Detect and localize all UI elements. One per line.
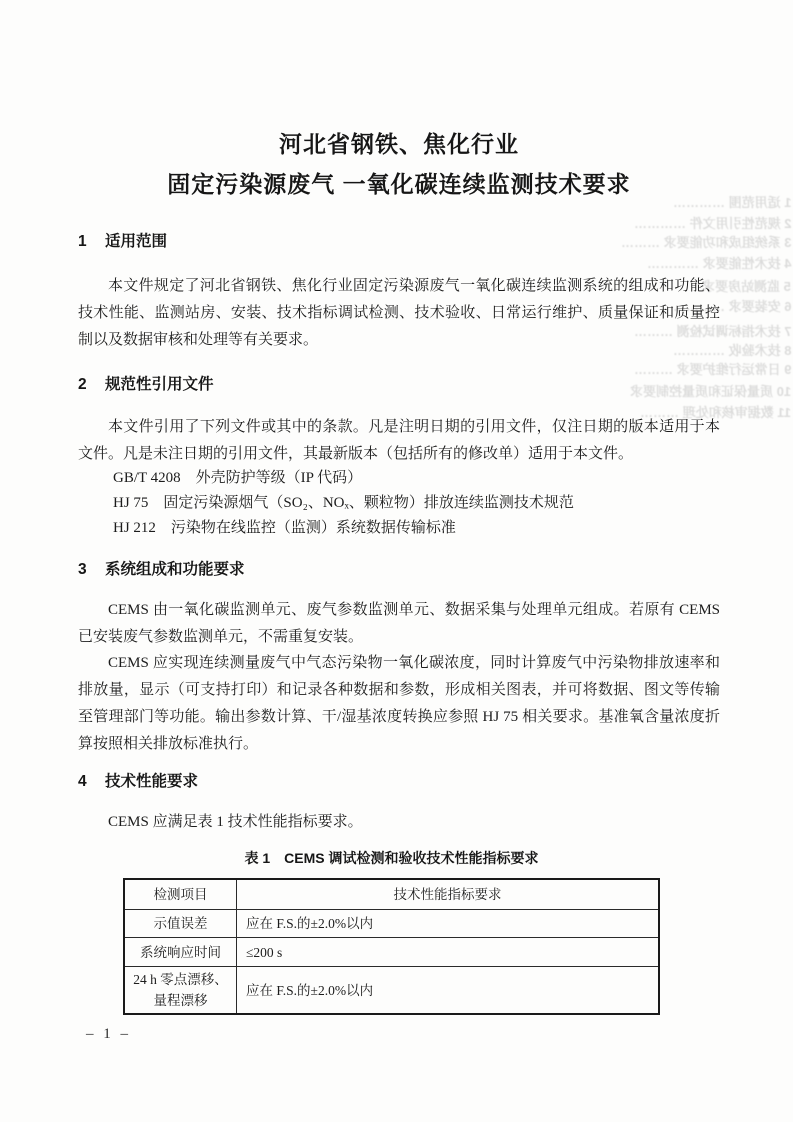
table-row: 24 h 零点漂移、量程漂移 应在 F.S.的±2.0%以内 bbox=[124, 967, 659, 1015]
table-header-row: 检测项目 技术性能指标要求 bbox=[124, 879, 659, 910]
bleedthrough-line: 4 技术性能要求 ………… bbox=[647, 253, 791, 272]
table-1: 检测项目 技术性能指标要求 示值误差 应在 F.S.的±2.0%以内 系统响应时… bbox=[123, 878, 660, 1015]
section-4-heading: 4技术性能要求 bbox=[78, 769, 720, 791]
table-cell-requirement: 应在 F.S.的±2.0%以内 bbox=[237, 910, 660, 938]
section-3-title: 系统组成和功能要求 bbox=[105, 561, 245, 578]
table-1-caption: 表 1 CEMS 调试检测和验收技术性能指标要求 bbox=[123, 848, 660, 868]
page-number: – 1 – bbox=[86, 1026, 131, 1043]
table-header-item: 检测项目 bbox=[124, 879, 237, 910]
reference-list: GB/T 4208 外壳防护等级（IP 代码） HJ 75 固定污染源烟气（SO… bbox=[78, 466, 720, 541]
section-2-number: 2 bbox=[78, 376, 105, 394]
document-title-line2: 固定污染源废气 一氧化碳连续监测技术要求 bbox=[78, 166, 720, 199]
section-1-title: 适用范围 bbox=[105, 233, 167, 250]
section-1-paragraph: 本文件规定了河北省钢铁、焦化行业固定污染源废气一氧化碳连续监测系统的组成和功能、… bbox=[78, 273, 720, 354]
reference-item: HJ 75 固定污染源烟气（SO₂、NOₓ、颗粒物）排放连续监测技术规范 bbox=[78, 491, 720, 516]
section-3-number: 3 bbox=[78, 561, 105, 579]
reference-item: HJ 212 污染物在线监控（监测）系统数据传输标准 bbox=[78, 516, 720, 541]
section-1-heading: 1适用范围 bbox=[78, 229, 720, 251]
section-2-heading: 2规范性引用文件 bbox=[78, 372, 720, 394]
section-1-number: 1 bbox=[78, 233, 105, 251]
table-row: 系统响应时间 ≤200 s bbox=[124, 938, 659, 967]
table-cell-item: 示值误差 bbox=[124, 910, 237, 938]
table-header-requirement: 技术性能指标要求 bbox=[237, 879, 660, 910]
document-page: 1 适用范围 ………… 2 规范性引用文件 ………… 3 系统组成和功能要求 …… bbox=[0, 0, 793, 1122]
document-title-line1: 河北省钢铁、焦化行业 bbox=[78, 126, 720, 159]
table-cell-requirement: ≤200 s bbox=[237, 938, 660, 967]
table-cell-item: 24 h 零点漂移、量程漂移 bbox=[124, 967, 237, 1015]
table-row: 示值误差 应在 F.S.的±2.0%以内 bbox=[124, 910, 659, 938]
section-3-heading: 3系统组成和功能要求 bbox=[78, 557, 720, 579]
reference-item: GB/T 4208 外壳防护等级（IP 代码） bbox=[78, 466, 720, 491]
section-2-title: 规范性引用文件 bbox=[105, 376, 214, 393]
section-3-paragraph-1: CEMS 由一氧化碳监测单元、废气参数监测单元、数据采集与处理单元组成。若原有 … bbox=[78, 597, 720, 651]
table-cell-item: 系统响应时间 bbox=[124, 938, 237, 967]
section-4-title: 技术性能要求 bbox=[105, 773, 198, 790]
table-cell-requirement: 应在 F.S.的±2.0%以内 bbox=[237, 967, 660, 1015]
section-2-paragraph: 本文件引用了下列文件或其中的条款。凡是注明日期的引用文件，仅注日期的版本适用于本… bbox=[78, 414, 720, 468]
section-3-paragraph-2: CEMS 应实现连续测量废气中气态污染物一氧化碳浓度，同时计算废气中污染物排放速… bbox=[78, 650, 720, 758]
section-4-paragraph: CEMS 应满足表 1 技术性能指标要求。 bbox=[78, 809, 720, 836]
section-4-number: 4 bbox=[78, 773, 105, 791]
